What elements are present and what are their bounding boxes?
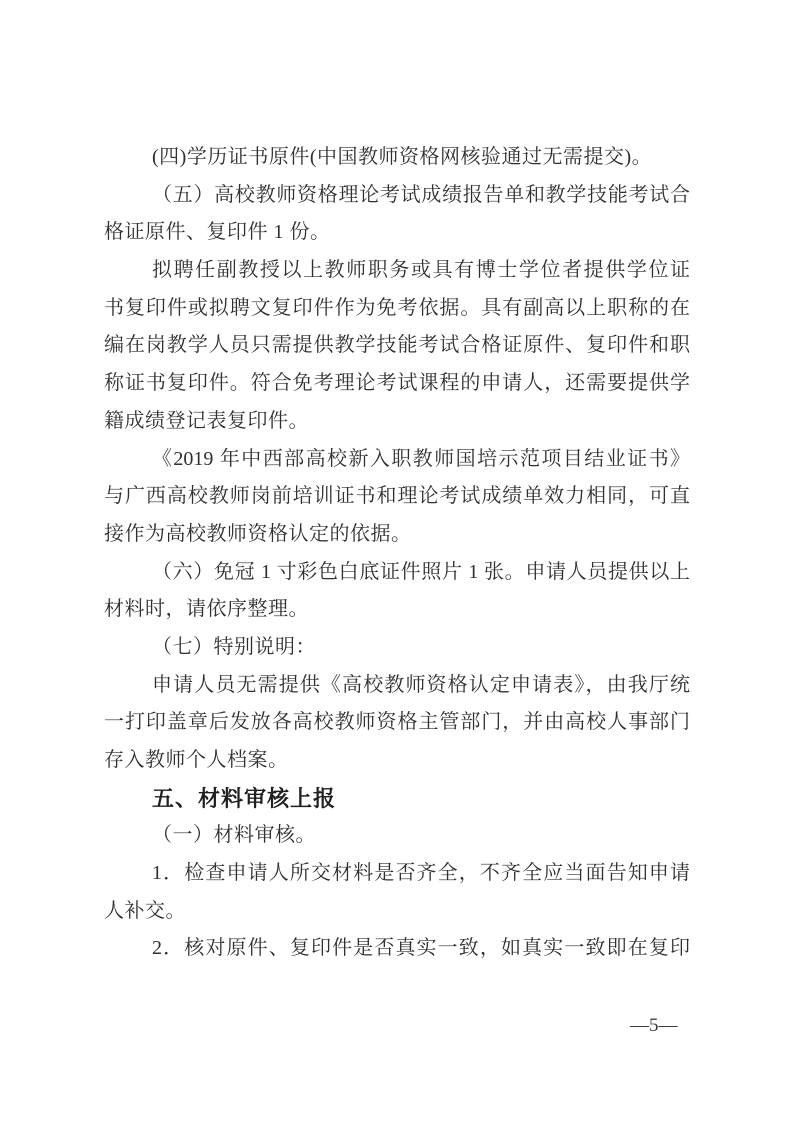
doc-line: （一）材料审核。 xyxy=(104,817,690,855)
doc-line: 拟聘任副教授以上教师职务或具有博士学位者提供学位证 xyxy=(104,252,690,290)
doc-line: （七）特别说明： xyxy=(104,629,690,667)
doc-line: 称证书复印件。符合免考理论考试课程的申请人，还需要提供学 xyxy=(104,365,690,403)
doc-line: （五）高校教师资格理论考试成绩报告单和教学技能考试合 xyxy=(104,177,690,215)
doc-line: 存入教师个人档案。 xyxy=(104,742,690,780)
doc-line: 一打印盖章后发放各高校教师资格主管部门，并由高校人事部门 xyxy=(104,704,690,742)
doc-line: 材料时，请依序整理。 xyxy=(104,591,690,629)
doc-line: 编在岗教学人员只需提供教学技能考试合格证原件、复印件和职 xyxy=(104,327,690,365)
doc-line: (四)学历证书原件(中国教师资格网核验通过无需提交)。 xyxy=(104,139,690,177)
doc-line: 申请人员无需提供《高校教师资格认定申请表》，由我厅统 xyxy=(104,667,690,705)
document-page: (四)学历证书原件(中国教师资格网核验通过无需提交)。 （五）高校教师资格理论考… xyxy=(0,0,793,1122)
doc-line: 《2019 年中西部高校新入职教师国培示范项目结业证书》 xyxy=(104,441,690,479)
page-number: —5— xyxy=(630,1012,678,1040)
doc-line: 1．检查申请人所交材料是否齐全，不齐全应当面告知申请 xyxy=(104,855,690,893)
doc-line: 与广西高校教师岗前培训证书和理论考试成绩单效力相同，可直 xyxy=(104,478,690,516)
doc-line: 2．核对原件、复印件是否真实一致，如真实一致即在复印 xyxy=(104,930,690,968)
document-body: (四)学历证书原件(中国教师资格网核验通过无需提交)。 （五）高校教师资格理论考… xyxy=(104,139,690,968)
doc-line: 格证原件、复印件 1 份。 xyxy=(104,214,690,252)
section-heading: 五、材料审核上报 xyxy=(104,780,690,818)
doc-line: 籍成绩登记表复印件。 xyxy=(104,403,690,441)
doc-line: 接作为高校教师资格认定的依据。 xyxy=(104,516,690,554)
doc-line: 书复印件或拟聘文复印件作为免考依据。具有副高以上职称的在 xyxy=(104,290,690,328)
doc-line: 人补交。 xyxy=(104,893,690,931)
doc-line: （六）免冠 1 寸彩色白底证件照片 1 张。申请人员提供以上 xyxy=(104,554,690,592)
